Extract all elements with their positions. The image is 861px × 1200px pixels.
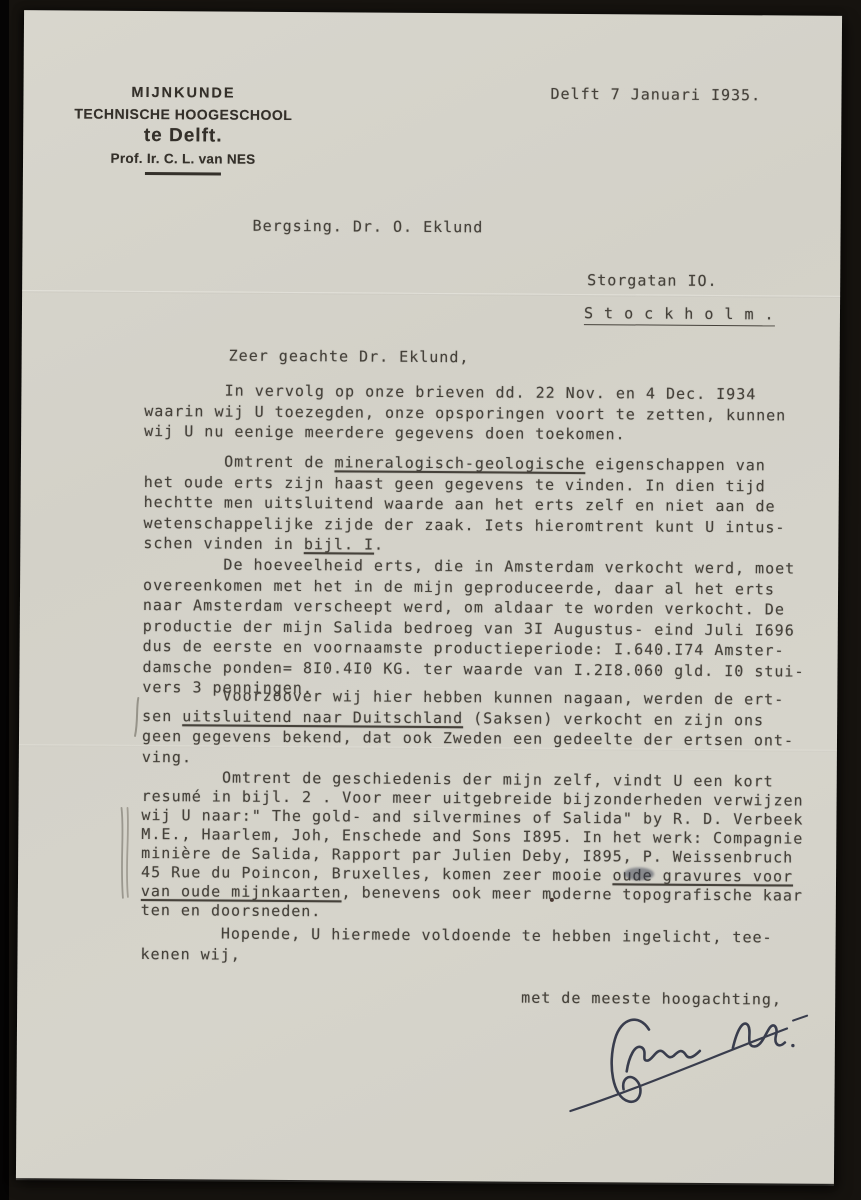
letterhead: MIJNKUNDE TECHNISCHE HOOGESCHOOL te Delf… — [61, 84, 306, 175]
text-segment: overeenkomen met het in de mijn geproduc… — [143, 576, 775, 598]
paragraph-4: Voorzoover wij hier hebben kunnen nagaan… — [142, 685, 795, 772]
text-segment: . — [374, 536, 384, 554]
paragraph-2: Omtrent de mineralogisch-geologische eig… — [143, 451, 786, 558]
text-segment: , benevens ook meer moderne topografisch… — [341, 883, 803, 904]
text-segment: dus de eerste en voornaamste productiepe… — [143, 637, 785, 659]
recipient-name: Bergsing. Dr. O. Eklund — [253, 217, 484, 237]
text-segment: kenen wij, — [140, 944, 240, 963]
paragraph-3: De hoeveelheid erts, die in Amsterdam ve… — [142, 554, 805, 702]
pencil-margin-marks — [113, 691, 164, 906]
letterhead-city: te Delft. — [61, 124, 305, 148]
signature-period — [791, 1044, 794, 1047]
recipient-street: Storgatan IO. — [587, 271, 718, 290]
text-segment: schen vinden in — [143, 534, 304, 553]
scan-background-strip — [0, 0, 9, 1200]
text-segment: eigenschappen van — [585, 455, 766, 474]
pencil-double-mark-2 — [127, 808, 129, 897]
letterhead-professor: Prof. Ir. C. L. van NES — [61, 150, 305, 167]
signature-nes — [733, 1023, 785, 1048]
ink-dot — [550, 898, 554, 902]
paragraph-5: Omtrent de geschiedenis der mijn zelf, v… — [141, 768, 804, 925]
paper-crease-top — [22, 290, 840, 298]
text-segment: geen gegevens bekend, dat ook Zweden een… — [142, 727, 794, 750]
text-segment: ten en doorsneden. — [141, 901, 322, 920]
text-segment: 45 Rue du Poincon, Bruxelles, komen zeer… — [141, 863, 613, 884]
paragraph-6: Hopende, U hiermede voldoende te hebben … — [140, 923, 772, 968]
text-segment: het oude erts zijn haast geen gegevens t… — [144, 473, 766, 495]
pencil-double-mark-1 — [121, 808, 124, 898]
date-line: Delft 7 Januari I935. — [550, 85, 761, 104]
recipient-city: S t o c k h o l m . — [584, 304, 775, 323]
text-segment: hechtte men uitsluitend waarde aan het e… — [144, 493, 776, 515]
paragraph-1: In vervolg op onze brieven dd. 22 Nov. e… — [144, 380, 786, 446]
text-segment: productie der mijn Salida bedroeg van 3I… — [143, 617, 795, 640]
signature-handwriting — [536, 999, 827, 1126]
text-segment: naar Amsterdam verscheept werd, om aldaa… — [143, 596, 785, 618]
signature-dash — [793, 1016, 807, 1021]
letter-body: In vervolg op onze brieven dd. 22 Nov. e… — [24, 10, 842, 16]
text-segment: wij U nu eenige meerdere gegevens doen t… — [144, 422, 626, 443]
text-segment: waarin wij U toezegden, onze opsporingen… — [144, 402, 786, 424]
letterhead-institution: MIJNKUNDE — [61, 84, 305, 102]
ink-blot — [624, 867, 654, 880]
pencil-single-mark — [135, 698, 138, 736]
text-segment: Omtrent de — [144, 452, 335, 471]
salutation: Zeer geachte Dr. Eklund, — [229, 347, 470, 367]
text-segment: (Saksen) verkocht en zijn ons — [463, 709, 764, 729]
letterhead-rule — [145, 172, 221, 175]
letter-paper: MIJNKUNDE TECHNISCHE HOOGESCHOOL te Delf… — [16, 10, 842, 1184]
text-segment: Voorzoover wij hier hebben kunnen nagaan… — [142, 686, 784, 708]
text-segment: Hopende, U hiermede voldoende te hebben … — [141, 924, 773, 946]
text-segment: In vervolg op onze brieven dd. 22 Nov. e… — [144, 381, 756, 403]
letterhead-school: TECHNISCHE HOOGESCHOOL — [61, 105, 305, 123]
underlined-text: mineralogisch-geologische — [334, 453, 585, 473]
text-segment: wetenschappelijke zijde der zaak. Iets h… — [143, 514, 785, 536]
signature-flourish — [570, 1027, 787, 1113]
underlined-text: van oude mijnkaarten — [141, 882, 342, 901]
recipient-city-text: S t o c k h o l m . — [584, 304, 775, 326]
underlined-text: uitsluitend naar Duitschland — [182, 707, 463, 727]
underlined-text: bijl. I — [304, 535, 374, 553]
text-segment: De hoeveelheid erts, die in Amsterdam ve… — [143, 555, 795, 578]
